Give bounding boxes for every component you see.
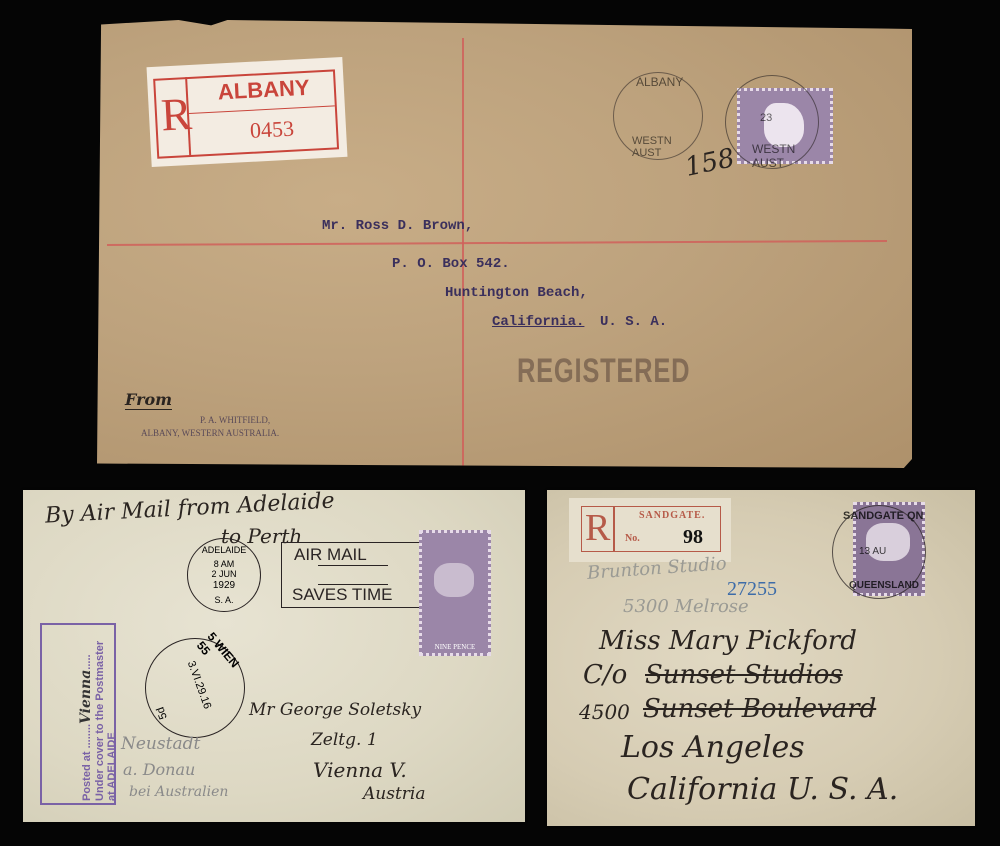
registration-number: 0453 [249,116,294,144]
albany-postmark-on-stamp: WESTN AUST 23 [725,75,819,169]
registration-label: R SANDGATE. No. 98 [569,498,731,562]
registration-number: 98 [683,526,703,549]
addressee-street-number: 4500 [579,700,630,724]
pencil-note-address: 5300 Melrose [623,596,749,617]
addressee-street: Zeltg. 1 [311,730,378,750]
adelaide-postmark: ADELAIDE 8 AM 2 JUN 1929 S. A. [187,538,261,612]
stamp: NINE PENCE [419,530,491,656]
addressee-care-of: C/o [583,660,627,690]
registration-line-horizontal [107,240,887,246]
addressee-studio-struck: Sunset Studios [645,660,843,690]
addressee-country: Austria [363,784,425,804]
addressee-name: Miss Mary Pickford [599,626,857,656]
addressee-city: Huntington Beach, [445,285,588,301]
registration-number-label: No. [625,533,640,544]
sandgate-registered-cover: R SANDGATE. No. 98 SANDGATE QN 13 AU QUE… [547,490,975,826]
pencil-note-line3: bei Australien [129,784,228,800]
biplane-icon [318,565,388,585]
registration-label: R ALBANY 0453 [147,57,348,167]
from-label: From [125,390,172,410]
addressee-box: P. O. Box 542. [392,256,510,272]
albany-registered-cover: R ALBANY 0453 ALBANY WESTN AUST WESTN AU… [97,20,912,468]
sandgate-postmark: SANDGATE QN 13 AU QUEENSLAND [832,505,926,599]
vienna-postmark: 5 WIEN 55 3.VI.29.16 5d [145,638,245,738]
addressee-state-country: California U. S. A. [627,772,898,807]
registered-handstamp: REGISTERED [517,352,690,391]
cachet-text: Posted at ........Vienna..... Under cove… [78,625,118,801]
pencil-note-line1: Neustadt [121,734,200,754]
addressee-city: Vienna V. [313,758,407,782]
manuscript-airmail-note: By Air Mail from Adelaide [45,488,336,528]
registration-letter: R [160,87,193,142]
adelaide-airmail-cover: By Air Mail from Adelaide to Perth ADELA… [23,490,525,822]
sender-address: ALBANY, WESTERN AUSTRALIA. [141,428,279,438]
addressee-name: Mr George Soletsky [249,700,421,720]
sender-name: P. A. WHITFIELD, [200,415,270,425]
registration-office: ALBANY [217,75,310,106]
addressee-name: Mr. Ross D. Brown, [322,218,473,234]
registration-office: SANDGATE. [639,510,705,521]
posted-at-cachet: Posted at ........Vienna..... Under cove… [40,623,116,805]
addressee-country: U. S. A. [600,314,667,330]
pencil-note-line2: a. Donau [123,760,195,779]
registration-line-vertical [462,38,464,468]
addressee-state: California. [492,314,584,330]
addressee-street-struck: Sunset Boulevard [643,694,876,724]
registration-letter: R [585,506,610,550]
addressee-city: Los Angeles [621,730,805,765]
albany-postmark: ALBANY WESTN AUST [613,72,703,160]
